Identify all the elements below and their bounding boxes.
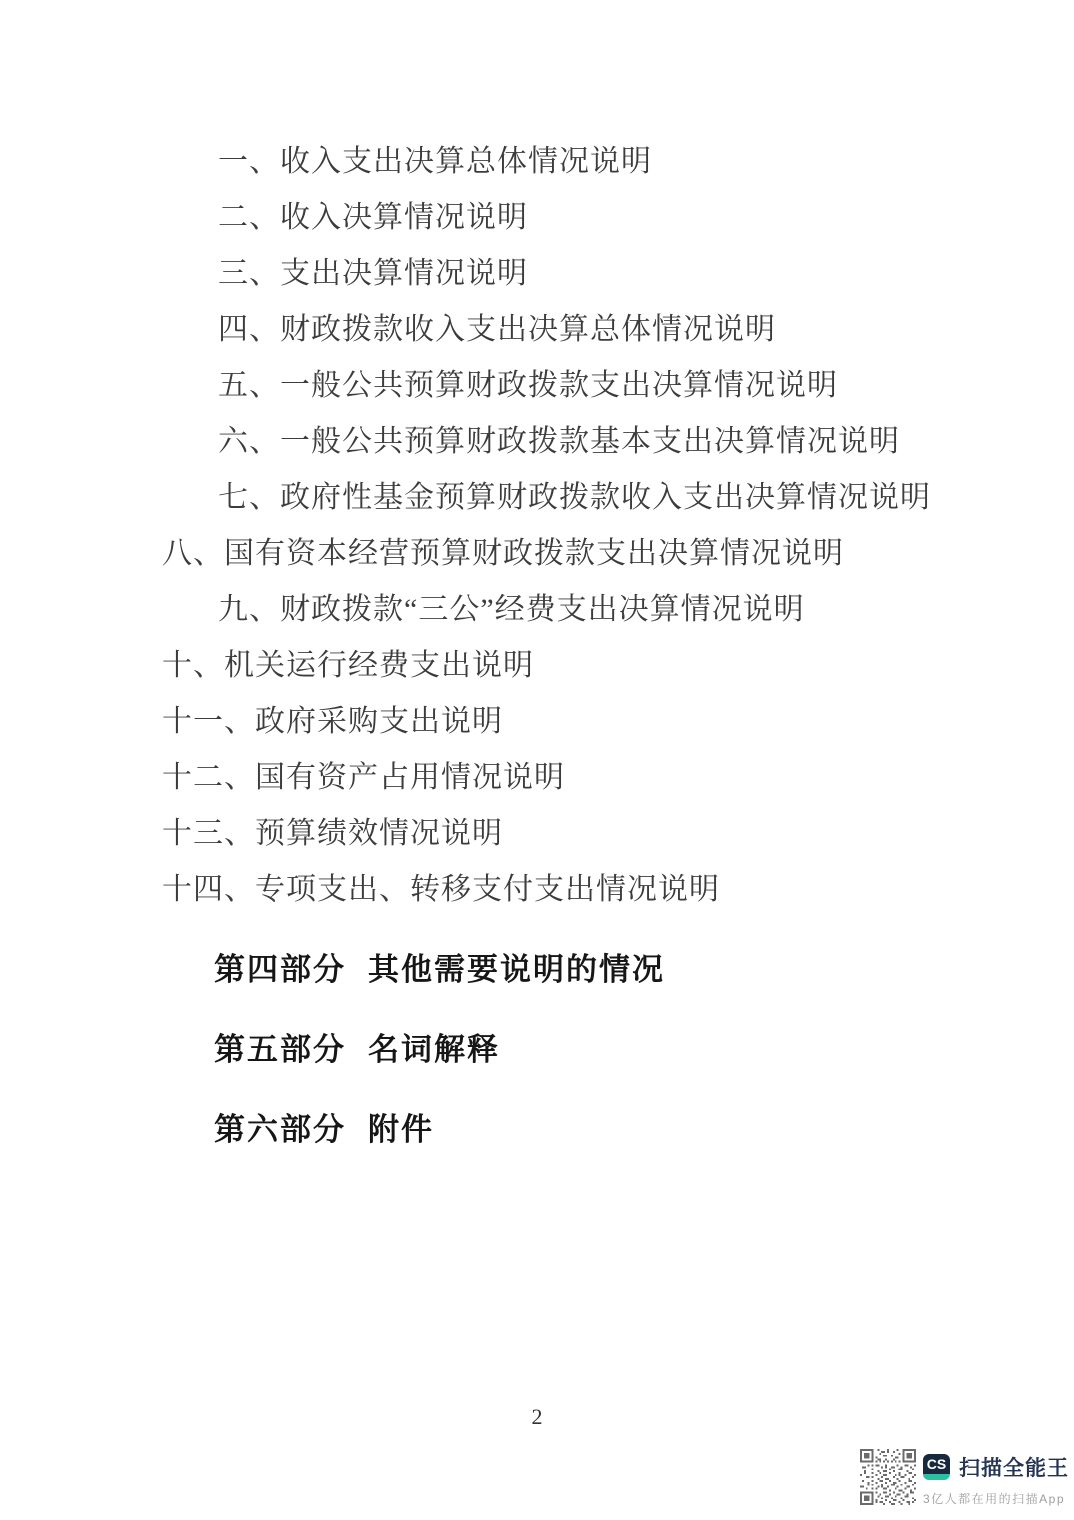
- camscanner-logo-icon: CS: [923, 1454, 950, 1480]
- scanner-brand: CS 扫描全能王 3亿人都在用的扫描App: [923, 1452, 1069, 1507]
- part-title: 其他需要说明的情况: [368, 944, 665, 989]
- toc-item: 十三、预算绩效情况说明: [162, 802, 994, 858]
- part-label: 第四部分: [214, 944, 346, 989]
- toc-item: 六、一般公共预算财政拨款基本支出决算情况说明: [162, 410, 994, 466]
- toc-item: 十、机关运行经费支出说明: [162, 634, 994, 690]
- part-label: 第六部分: [214, 1104, 346, 1149]
- toc-item: 一、收入支出决算总体情况说明: [162, 130, 994, 186]
- part-headings: 第四部分 其他需要说明的情况 第五部分 名词解释 第六部分 附件: [214, 938, 665, 1178]
- toc-item: 三、支出决算情况说明: [162, 242, 994, 298]
- document-page: 一、收入支出决算总体情况说明 二、收入决算情况说明 三、支出决算情况说明 四、财…: [0, 0, 1074, 1520]
- toc-item: 二、收入决算情况说明: [162, 186, 994, 242]
- scanner-brand-row: CS 扫描全能王: [923, 1452, 1069, 1482]
- toc-item: 四、财政拨款收入支出决算总体情况说明: [162, 298, 994, 354]
- qr-code: [860, 1449, 916, 1505]
- page-number: 2: [0, 1404, 1074, 1430]
- section-heading: 第五部分 名词解释: [214, 1018, 665, 1074]
- toc-item: 七、政府性基金预算财政拨款收入支出决算情况说明: [162, 466, 994, 522]
- section-heading: 第四部分 其他需要说明的情况: [214, 938, 665, 994]
- scanner-tagline: 3亿人都在用的扫描App: [923, 1490, 1069, 1507]
- scanner-app-name: 扫描全能王: [959, 1452, 1069, 1482]
- section-heading: 第六部分 附件: [214, 1098, 665, 1154]
- toc-item: 十一、政府采购支出说明: [162, 690, 994, 746]
- part-title: 附件: [368, 1104, 434, 1149]
- toc-item: 十二、国有资产占用情况说明: [162, 746, 994, 802]
- part-title: 名词解释: [368, 1024, 500, 1069]
- scanner-watermark: CS 扫描全能王 3亿人都在用的扫描App: [860, 1449, 1069, 1507]
- toc-item: 十四、专项支出、转移支付支出情况说明: [162, 858, 994, 914]
- part-label: 第五部分: [214, 1024, 346, 1069]
- toc-item: 九、财政拨款“三公”经费支出决算情况说明: [162, 578, 994, 634]
- toc-item: 五、一般公共预算财政拨款支出决算情况说明: [162, 354, 994, 410]
- toc-item: 八、国有资本经营预算财政拨款支出决算情况说明: [162, 522, 994, 578]
- table-of-contents: 一、收入支出决算总体情况说明 二、收入决算情况说明 三、支出决算情况说明 四、财…: [162, 130, 994, 914]
